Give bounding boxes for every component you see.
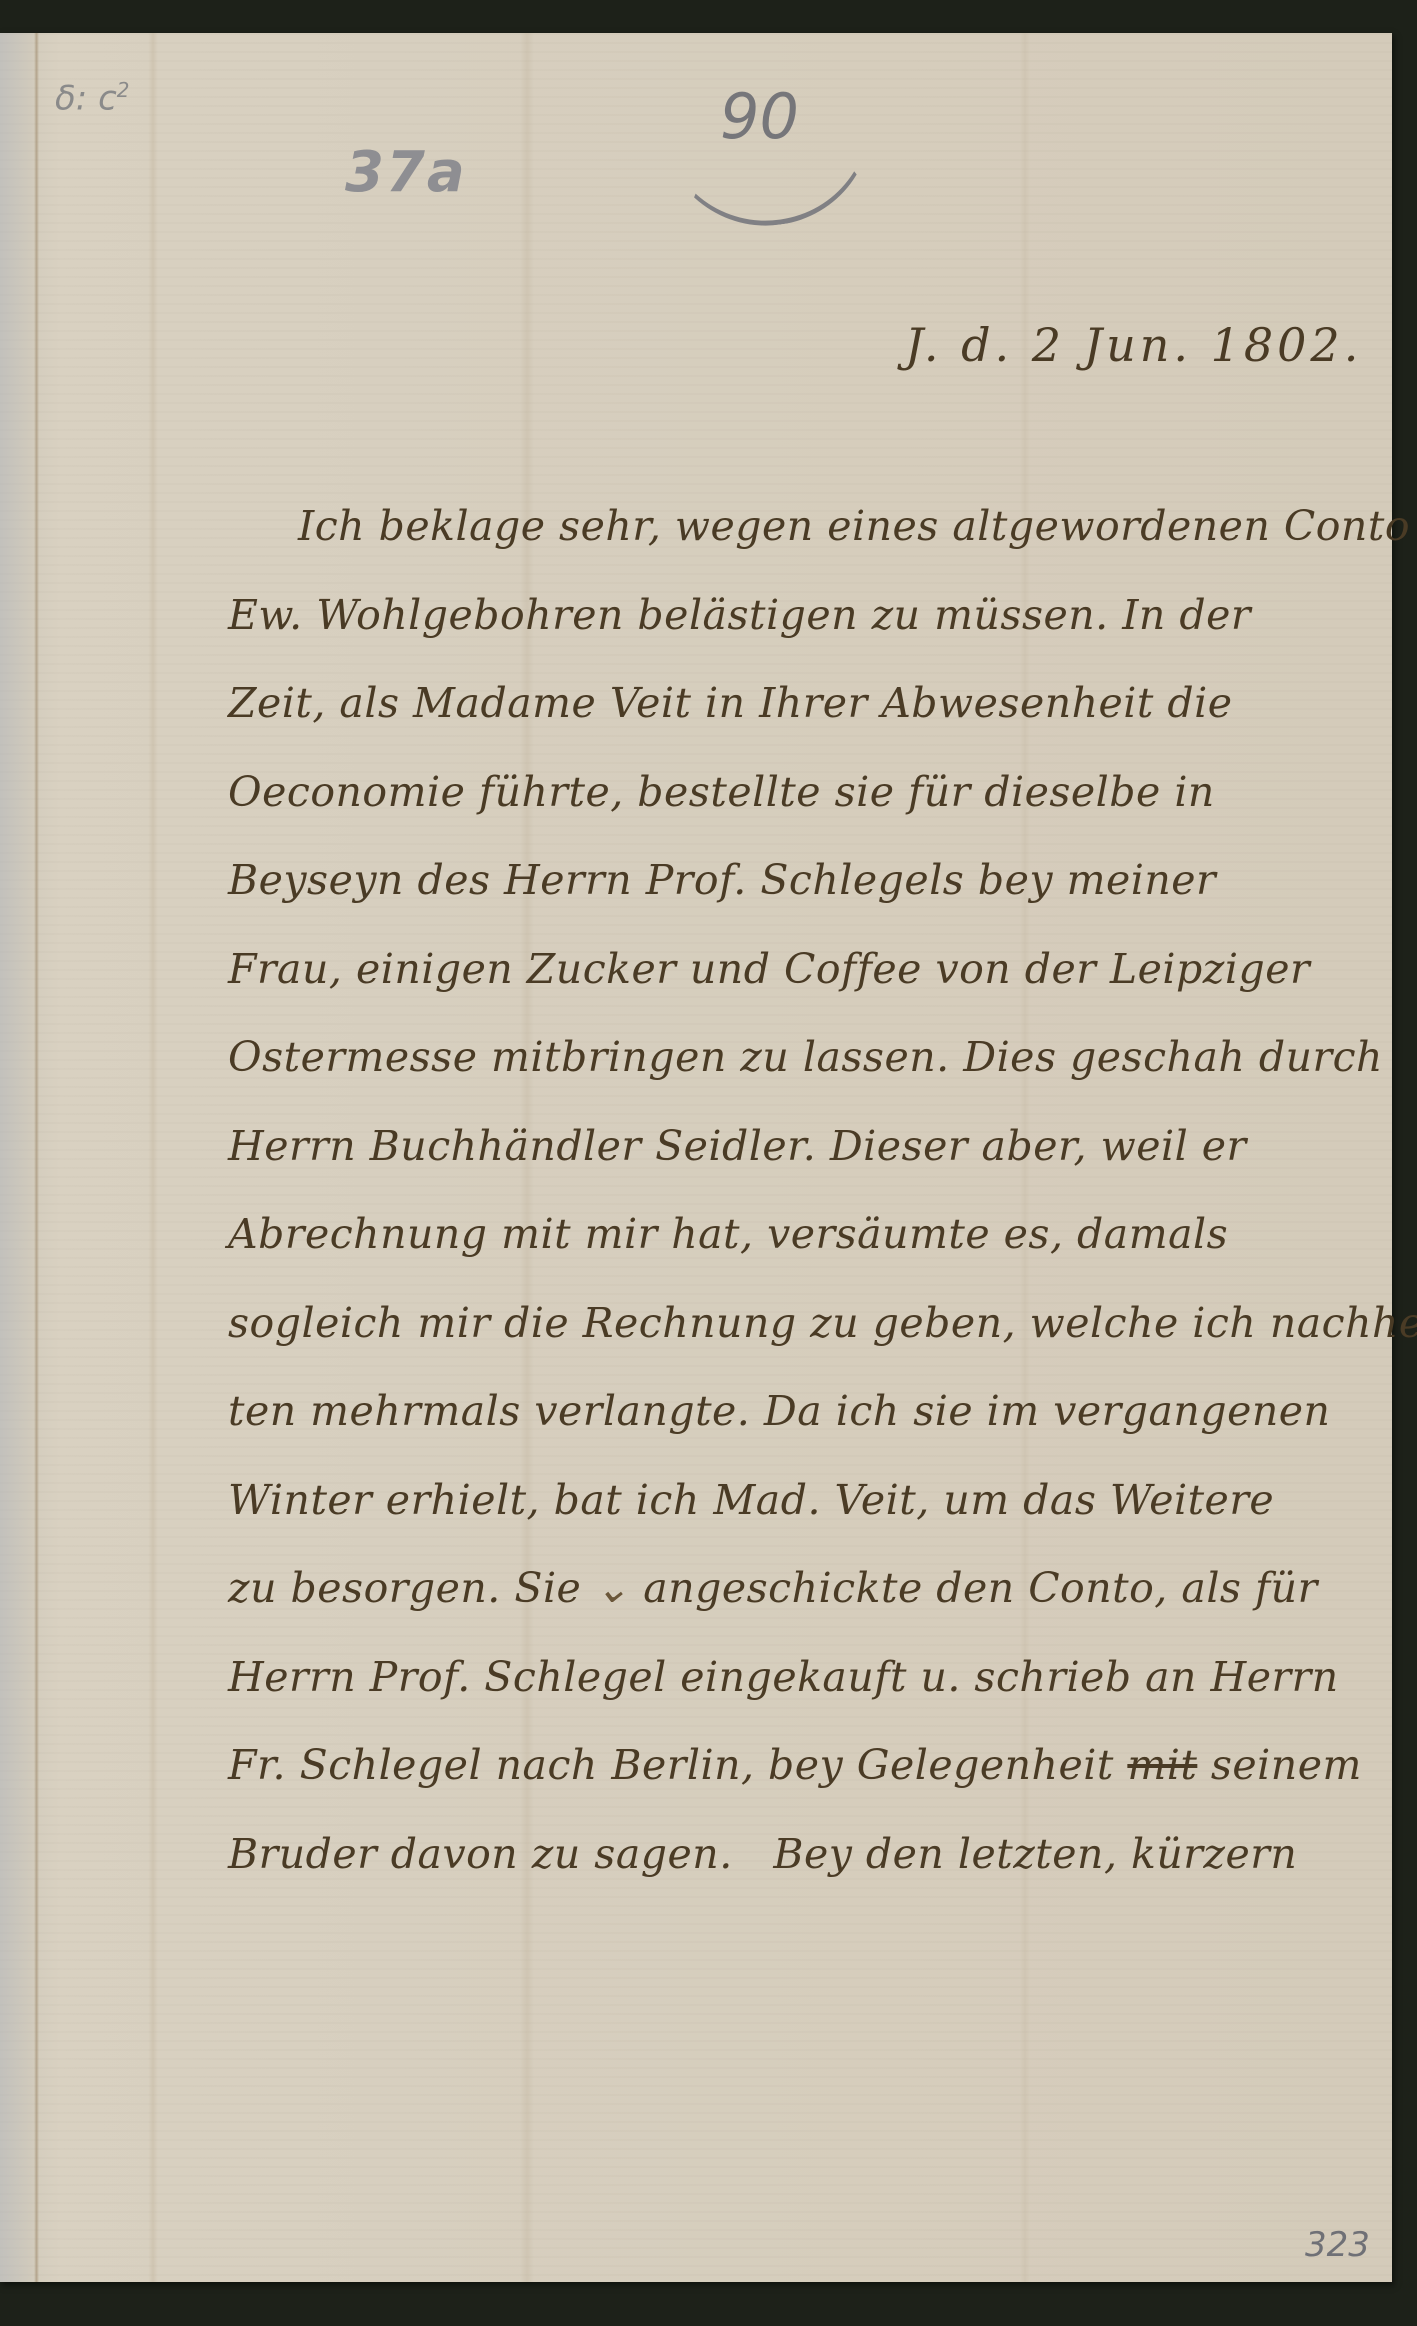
adjacent-leaf-edge (0, 33, 34, 2282)
letter-line: sogleich mir die Rechnung zu geben, welc… (228, 1279, 1348, 1368)
letter-line: Ich beklage sehr, wegen eines altgeworde… (228, 482, 1348, 571)
letter-line: zu besorgen. Sie ⌄ angeschickte den Cont… (228, 1544, 1348, 1633)
letter-line: Beyseyn des Herrn Prof. Schlegels bey me… (228, 836, 1348, 925)
letter-line: Ew. Wohlgebohren belästigen zu müssen. I… (228, 571, 1348, 660)
pencil-page-number: 323 (1305, 2225, 1370, 2265)
letter-body: Ich beklage sehr, wegen eines altgeworde… (228, 482, 1348, 1898)
letter-line: Ostermesse mitbringen zu lassen. Dies ge… (228, 1013, 1348, 1102)
binding-fold-line (34, 33, 39, 2282)
line-text: zu besorgen. Sie (228, 1564, 581, 1612)
pencil-folio-number: 37a (345, 140, 467, 205)
line-text: Fr. Schlegel nach Berlin, bey Gelegenhei… (228, 1741, 1114, 1789)
letter-line: Abrechnung mit mir hat, versäumte es, da… (228, 1190, 1348, 1279)
struck-through-word: mit (1127, 1741, 1197, 1789)
letter-line: Herrn Buchhändler Seidler. Dieser aber, … (228, 1102, 1348, 1191)
line-text: seinem (1211, 1741, 1362, 1789)
letter-line: ten mehrmals verlangte. Da ich sie im ve… (228, 1367, 1348, 1456)
letter-line: Bruder davon zu sagen. Bey den letzten, … (228, 1810, 1348, 1899)
letter-line: Frau, einigen Zucker und Coffee von der … (228, 925, 1348, 1014)
shelfmark-superscript: 2 (117, 78, 130, 102)
pencil-shelfmark: δ: c2 (55, 78, 130, 118)
letter-dateline: J. d. 2 Jun. 1802. (905, 318, 1362, 372)
letter-line: Winter erhielt, bat ich Mad. Veit, um da… (228, 1456, 1348, 1545)
letter-line: Zeit, als Madame Veit in Ihrer Abwesenhe… (228, 659, 1348, 748)
paper-fold-crease (148, 33, 158, 2282)
letter-line: Herrn Prof. Schlegel eingekauft u. schri… (228, 1633, 1348, 1722)
letter-line: Fr. Schlegel nach Berlin, bey Gelegenhei… (228, 1721, 1348, 1810)
letter-line: Oeconomie führte, bestellte sie für dies… (228, 748, 1348, 837)
shelfmark-text: δ: c (55, 78, 117, 118)
insertion-caret-icon: ⌄ (595, 1564, 630, 1612)
line-text: angeschickte den Conto, als für (643, 1564, 1317, 1612)
